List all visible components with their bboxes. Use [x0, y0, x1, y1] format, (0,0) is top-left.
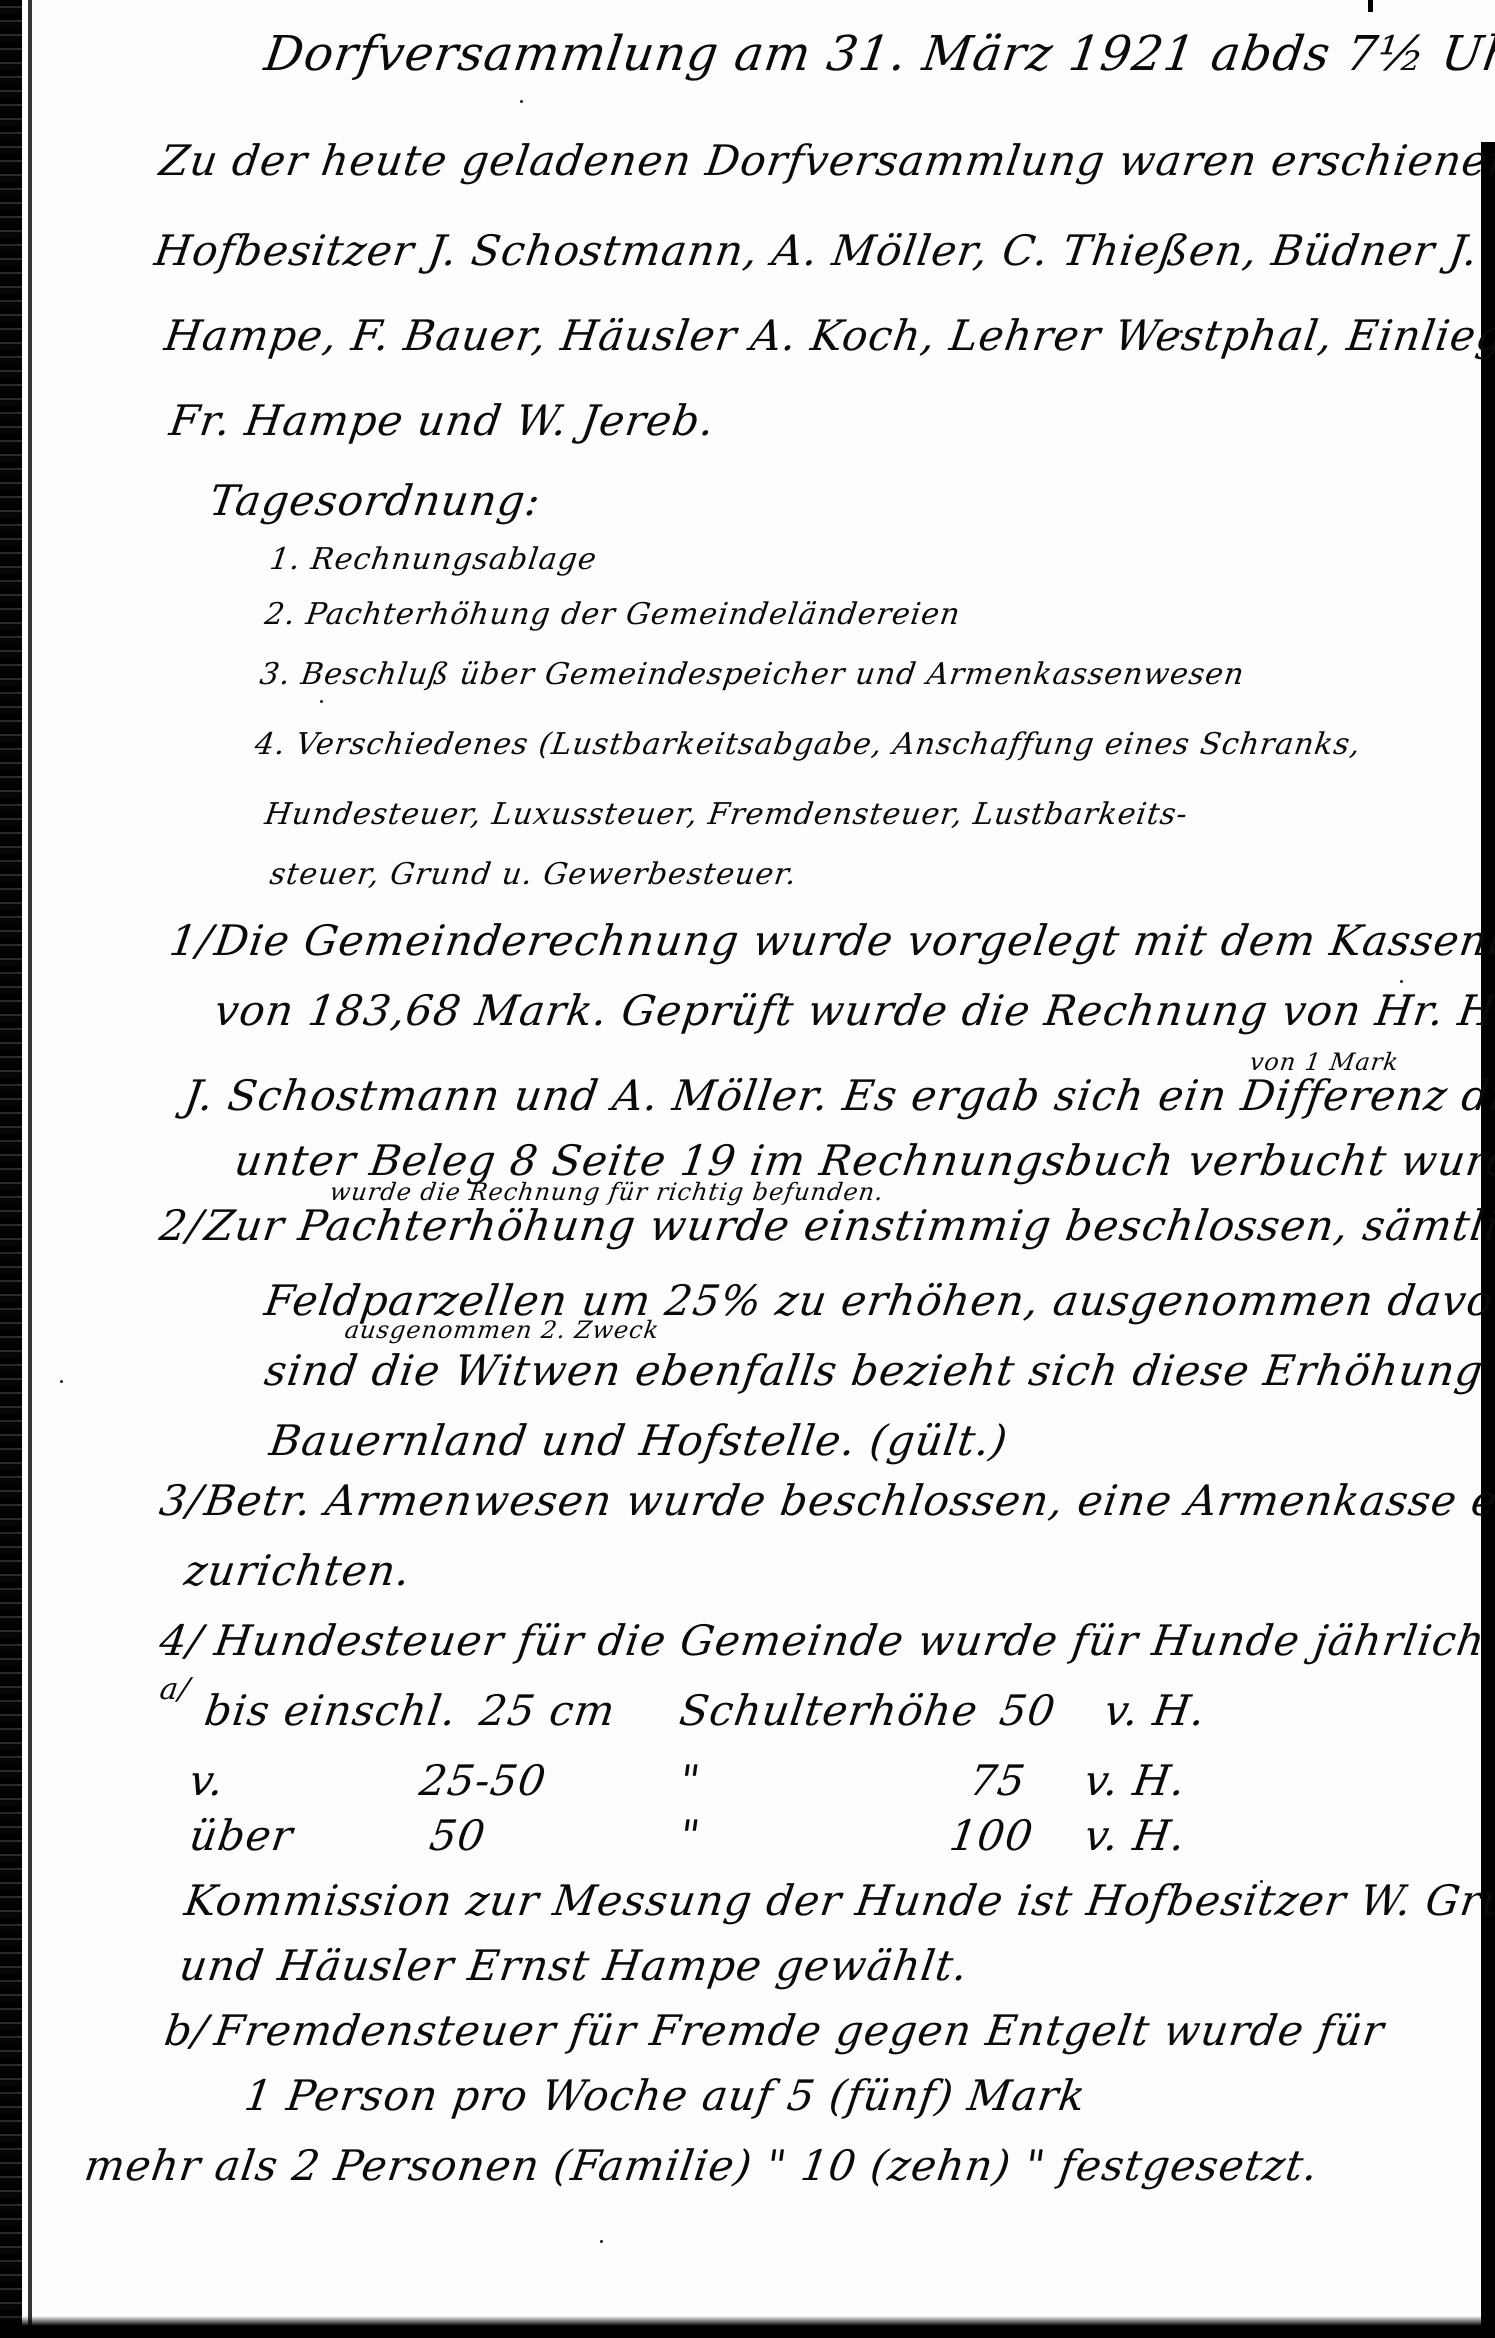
resolution-1-line-3: J. Schostmann und A. Möller. Es ergab si… — [182, 1075, 1495, 1117]
resolution-4b-line-1: Fremdensteuer für Fremde gegen Entgelt w… — [212, 2010, 1387, 2052]
resolution-1-line-4: unter Beleg 8 Seite 19 im Rechnungsbuch … — [232, 1140, 1495, 1182]
agenda-item-3: 3. Beschluß über Gemeindespeicher und Ar… — [258, 660, 1247, 690]
dog-tax-row-2-label: v. — [187, 1760, 227, 1802]
dog-tax-row-1-label: bis einschl. — [202, 1690, 459, 1732]
resolution-3-marker: 3/ — [157, 1480, 206, 1522]
resolution-1-line-1: Die Gemeinderechnung wurde vorgelegt mit… — [212, 920, 1495, 962]
scan-speck — [320, 700, 323, 703]
resolution-3-line-2: zurichten. — [182, 1550, 413, 1592]
resolution-2-insertion: ausgenommen 2. Zweck — [343, 1318, 661, 1342]
intro-line-2: Hofbesitzer J. Schostmann, A. Möller, C.… — [152, 230, 1481, 272]
resolution-2-line-1: Zur Pachterhöhung wurde einstimmig besch… — [202, 1205, 1495, 1247]
page-margin-line — [28, 0, 32, 2338]
agenda-item-4-cont-1: Hundesteuer, Luxussteuer, Fremdensteuer,… — [263, 800, 1190, 830]
resolution-4a-marker: a/ — [158, 1675, 192, 1705]
resolution-4-marker: 4/ — [157, 1620, 206, 1662]
dog-tax-row-2-unit: v. H. — [1082, 1760, 1188, 1802]
dog-tax-row-3-measure: " — [677, 1815, 703, 1857]
scan-speck — [520, 100, 523, 103]
dog-tax-row-1-amount: 50 — [997, 1690, 1058, 1732]
dog-tax-row-3-label: über — [187, 1815, 296, 1857]
scan-speck — [60, 1380, 63, 1383]
agenda-item-2: 2. Pachterhöhung der Gemeindeländereien — [263, 600, 963, 630]
scan-speck — [600, 2240, 603, 2243]
document-page: Dorfversammlung am 31. März 1921 abds 7½… — [0, 0, 1495, 2338]
resolution-3-line-1: Betr. Armenwesen wurde beschlossen, eine… — [202, 1480, 1495, 1522]
resolution-4-after-1: Kommission zur Messung der Hunde ist Hof… — [182, 1880, 1495, 1922]
dog-tax-row-3-range: 50 — [427, 1815, 488, 1857]
document-title: Dorfversammlung am 31. März 1921 abds 7½… — [262, 30, 1495, 78]
resolution-2-line-3: sind die Witwen ebenfalls bezieht sich d… — [262, 1350, 1495, 1392]
dog-tax-row-2-measure: " — [677, 1760, 703, 1802]
resolution-4-line-1: Hundesteuer für die Gemeinde wurde für H… — [212, 1620, 1488, 1662]
dog-tax-row-2-range: 25-50 — [417, 1760, 549, 1802]
resolution-2-marker: 2/ — [157, 1205, 206, 1247]
scan-bottom-edge — [0, 2316, 1495, 2338]
dog-tax-row-2-amount: 75 — [967, 1760, 1028, 1802]
dog-tax-row-3-unit: v. H. — [1082, 1815, 1188, 1857]
scan-speck — [1180, 330, 1183, 333]
resolution-4b-line-3: mehr als 2 Personen (Familie) " 10 (zehn… — [82, 2145, 1321, 2187]
resolution-2-line-4: Bauernland und Hofstelle. (gült.) — [267, 1420, 1010, 1462]
scan-speck — [1400, 980, 1403, 983]
intro-line-4: Fr. Hampe und W. Jereb. — [167, 400, 718, 442]
resolution-4b-line-2: 1 Person pro Woche auf 5 (fünf) Mark — [242, 2075, 1088, 2117]
agenda-item-4-cont-2: steuer, Grund u. Gewerbesteuer. — [268, 860, 799, 890]
dog-tax-row-3-amount: 100 — [947, 1815, 1036, 1857]
scan-speck — [1260, 1880, 1263, 1883]
resolution-4b-marker: b/ — [162, 2010, 211, 2052]
scan-edge-mark — [1368, 0, 1373, 12]
book-binding-edge — [0, 0, 22, 2338]
resolution-1-line-2: von 183,68 Mark. Geprüft wurde die Rechn… — [212, 990, 1495, 1032]
intro-line-1: Zu der heute geladenen Dorfversammlung w… — [157, 140, 1495, 182]
agenda-heading: Tagesordnung: — [207, 480, 543, 522]
agenda-item-4: 4. Verschiedenes (Lustbarkeitsabgabe, An… — [253, 730, 1363, 760]
resolution-1-marker: 1/ — [167, 920, 216, 962]
resolution-4-after-2: und Häusler Ernst Hampe gewählt. — [177, 1945, 971, 1987]
dog-tax-row-1-range: 25 cm — [477, 1690, 618, 1732]
agenda-item-1: 1. Rechnungsablage — [268, 545, 599, 575]
intro-line-3: Hampe, F. Bauer, Häusler A. Koch, Lehrer… — [162, 315, 1495, 357]
dog-tax-row-1-unit: v. H. — [1102, 1690, 1208, 1732]
dog-tax-row-1-measure: Schulterhöhe — [677, 1690, 981, 1732]
